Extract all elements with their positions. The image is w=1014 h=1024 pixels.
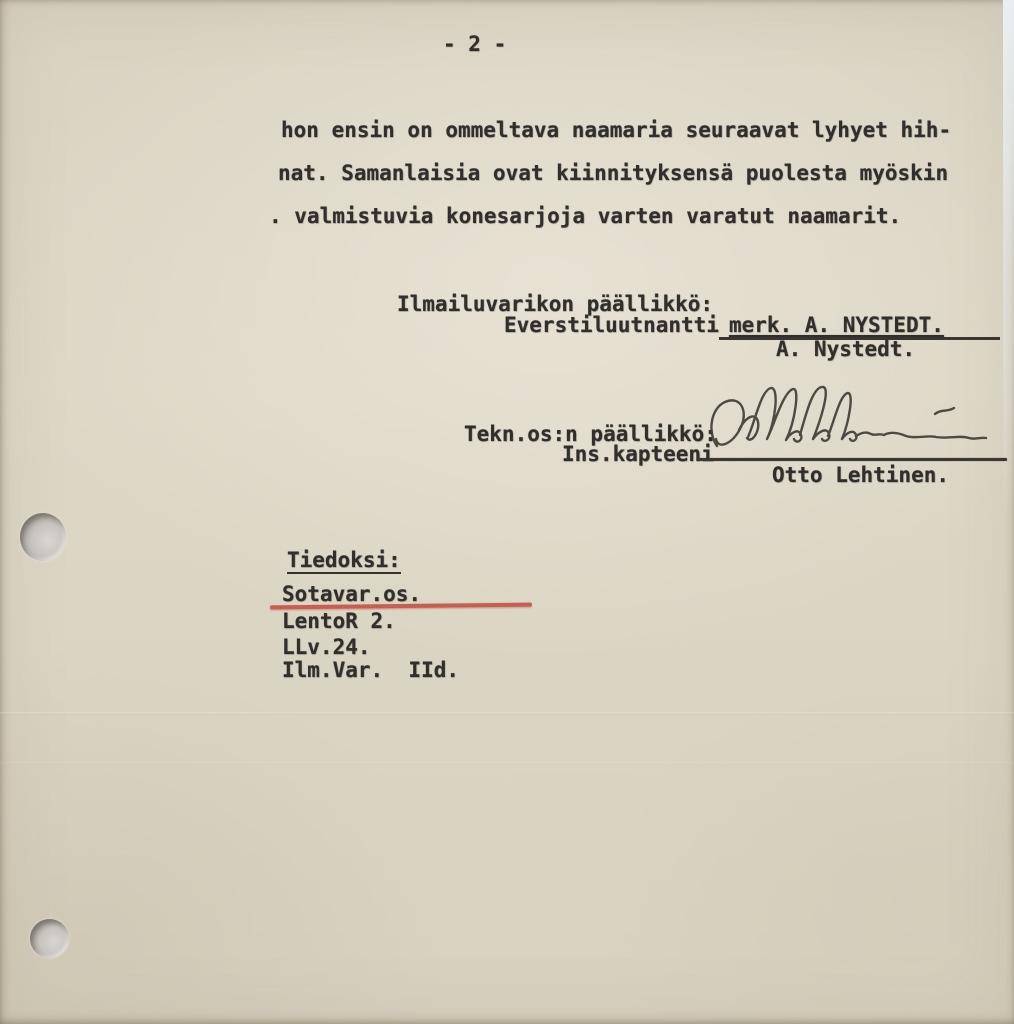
punch-hole-top [20, 513, 66, 561]
typed-attestation: merk. A. NYSTEDT. [729, 313, 944, 337]
distribution-heading: Tiedoksi: [287, 550, 401, 574]
signature-rank: Everstiluutnantti [504, 313, 719, 337]
scanned-document-page: - 2 - hon ensin on ommeltava naamaria se… [0, 0, 1014, 1024]
signature-rank: Ins.kapteeni [562, 444, 714, 464]
paragraph-line: hon ensin on ommeltava naamaria seuraava… [281, 120, 951, 140]
distribution-item: Sotavar.os. [282, 584, 421, 604]
signature-title: Ilmailuvarikon päällikkö: [397, 294, 713, 314]
paragraph-line: . valmistuvia konesarjoja varten varatut… [269, 206, 901, 226]
signature-name: A. Nystedt. [776, 339, 915, 359]
signature-title: Tekn.os:n päällikkö: [464, 424, 717, 444]
paper-fold-line [0, 762, 1014, 765]
distribution-item: LentoR 2. [282, 611, 396, 631]
paper-fold-line [0, 712, 1014, 715]
distribution-item: Ilm.Var. IId. [282, 660, 459, 680]
page-number: - 2 - [443, 34, 506, 54]
paper-edge-highlight [1003, 0, 1014, 520]
signature-name: Otto Lehtinen. [772, 465, 949, 485]
paragraph-line: nat. Samanlaisia ovat kiinnityksensä puo… [278, 163, 948, 183]
distribution-item: LLv.24. [282, 637, 371, 657]
signature-rank-line: Everstiluutnanttimerk. A. NYSTEDT. [504, 315, 1000, 340]
punch-hole-bottom [30, 919, 69, 958]
distribution-heading-text: Tiedoksi: [287, 550, 401, 574]
handwritten-signature [703, 382, 1003, 462]
